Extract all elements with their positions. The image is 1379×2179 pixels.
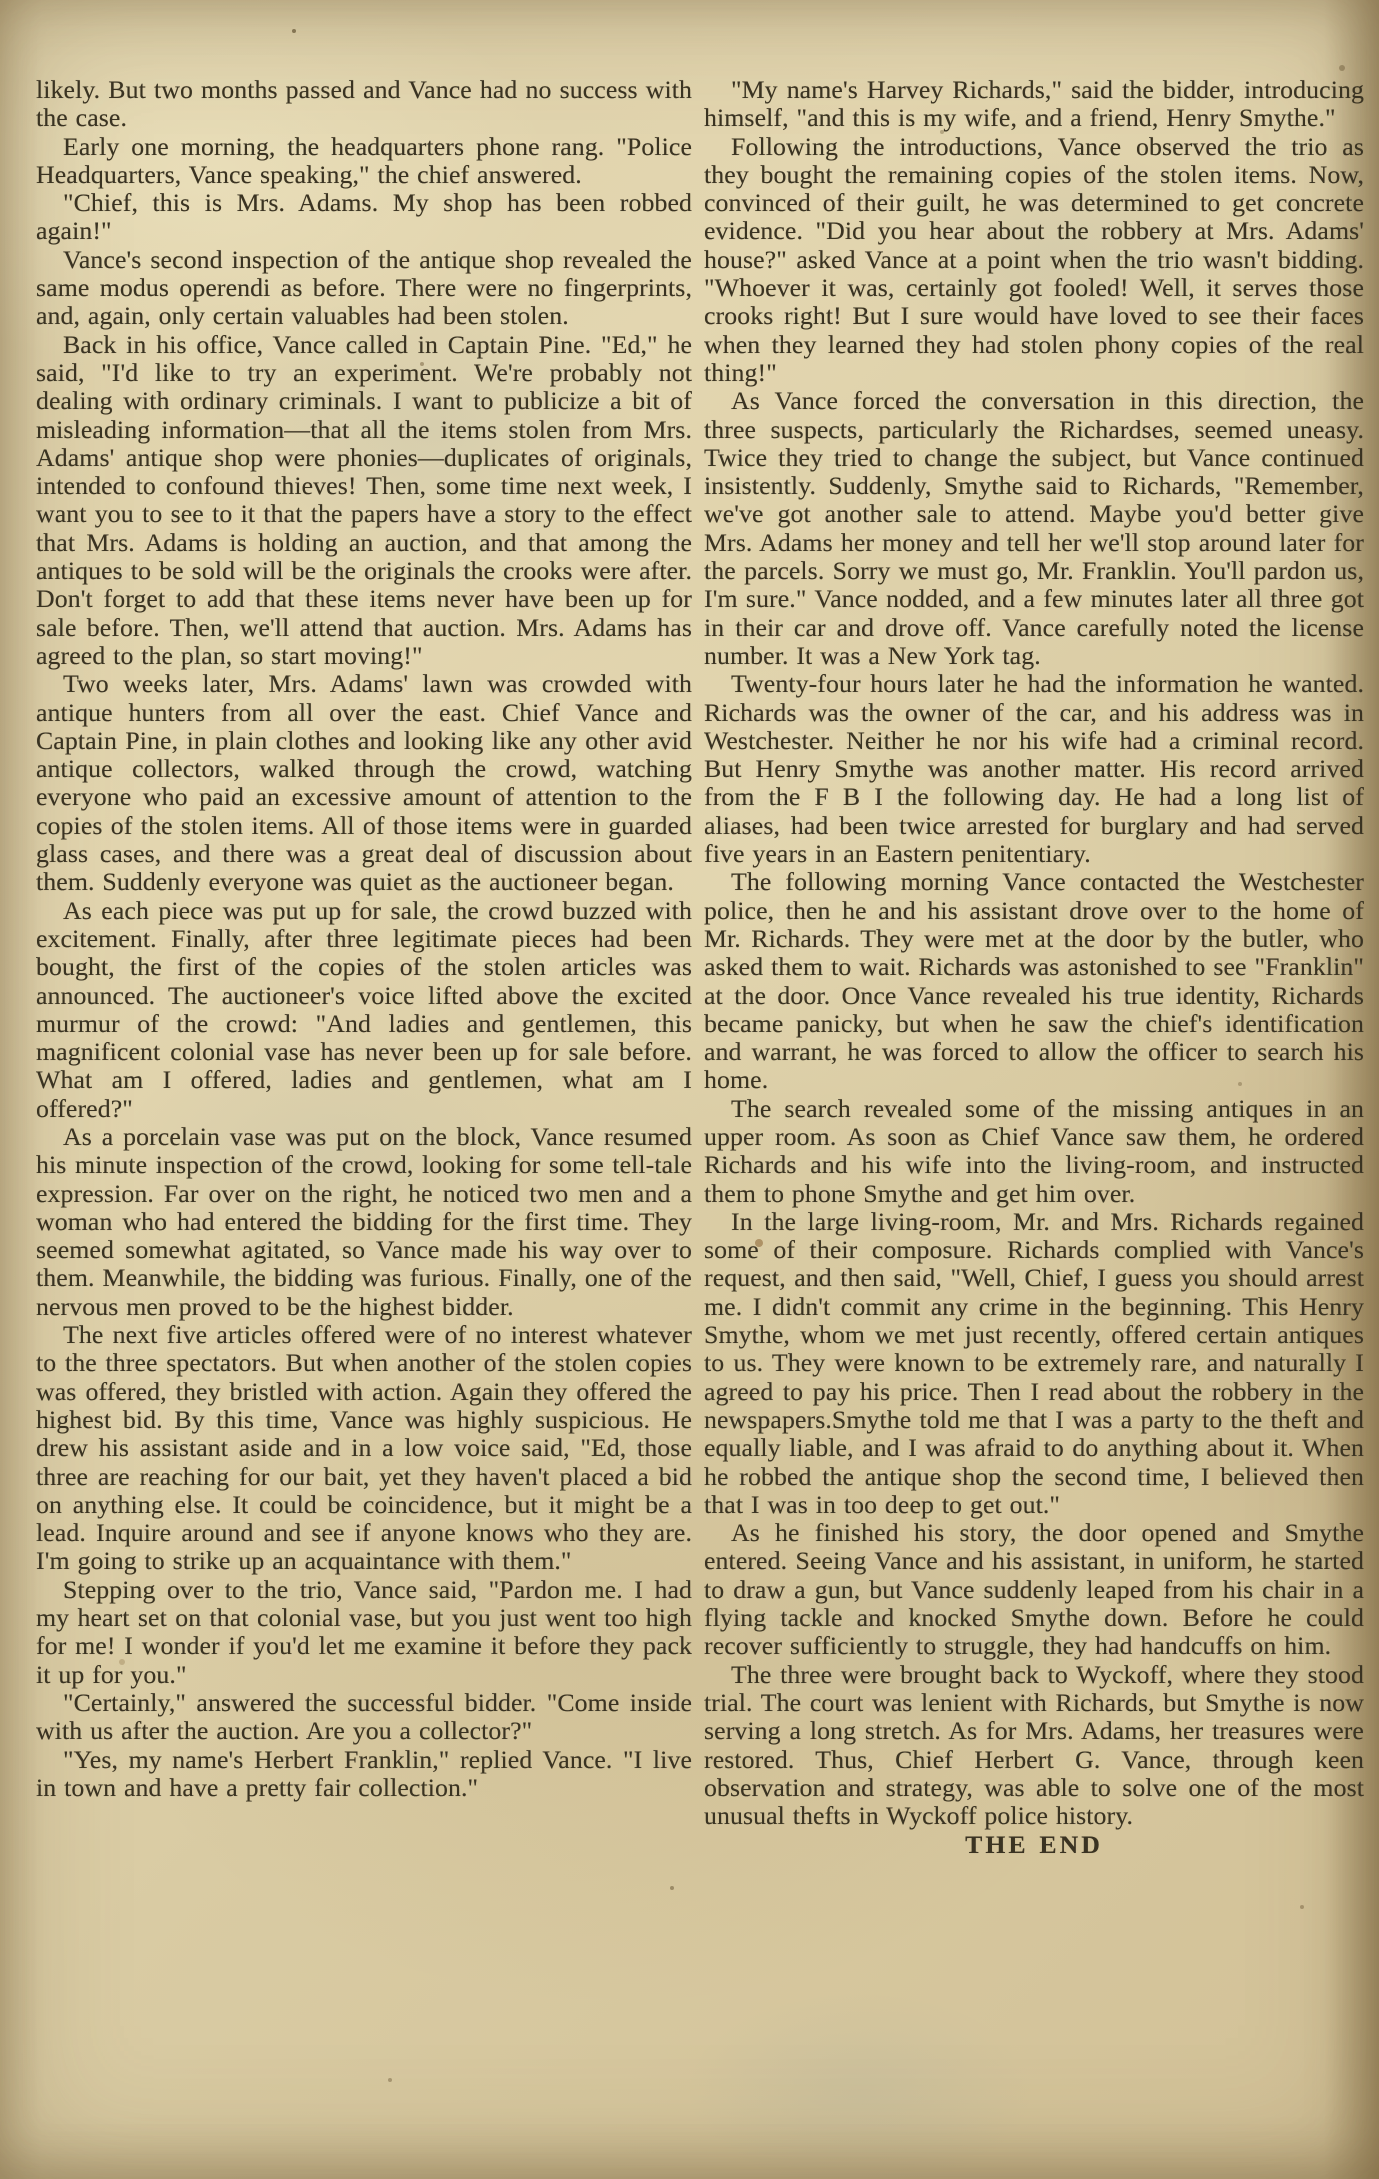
paragraph: Following the introductions, Vance obser… — [704, 133, 1364, 388]
paragraph: As each piece was put up for sale, the c… — [36, 897, 692, 1123]
paragraph: As Vance forced the conversation in this… — [704, 387, 1364, 670]
paragraph: "My name's Harvey Richards," said the bi… — [704, 76, 1364, 133]
paragraph: Stepping over to the trio, Vance said, "… — [36, 1576, 692, 1689]
right-text-column: "My name's Harvey Richards," said the bi… — [704, 76, 1364, 2156]
paragraph: As a porcelain vase was put on the block… — [36, 1123, 692, 1321]
paragraph: The search revealed some of the missing … — [704, 1095, 1364, 1208]
paper-specks — [0, 0, 4, 4]
paragraph: The next five articles offered were of n… — [36, 1321, 692, 1576]
paragraph: Early one morning, the headquarters phon… — [36, 133, 692, 190]
paragraph: The three were brought back to Wyckoff, … — [704, 1661, 1364, 1831]
scanned-story-page: likely. But two months passed and Vance … — [0, 0, 1379, 2179]
paragraph: In the large living-room, Mr. and Mrs. R… — [704, 1208, 1364, 1519]
paragraph: The following morning Vance contacted th… — [704, 868, 1364, 1094]
paragraph: Vance's second inspection of the antique… — [36, 246, 692, 331]
paragraph: Twenty-four hours later he had the infor… — [704, 670, 1364, 868]
paragraph: likely. But two months passed and Vance … — [36, 76, 692, 133]
paragraph: "Yes, my name's Herbert Franklin," repli… — [36, 1746, 692, 1803]
left-text-column: likely. But two months passed and Vance … — [36, 76, 692, 2156]
paragraph: "Chief, this is Mrs. Adams. My shop has … — [36, 189, 692, 246]
paragraph: Two weeks later, Mrs. Adams' lawn was cr… — [36, 670, 692, 896]
paragraph: "Certainly," answered the successful bid… — [36, 1689, 692, 1746]
paragraph: As he finished his story, the door opene… — [704, 1519, 1364, 1660]
the-end-label: THE END — [704, 1831, 1364, 1859]
paragraph: Back in his office, Vance called in Capt… — [36, 331, 692, 671]
